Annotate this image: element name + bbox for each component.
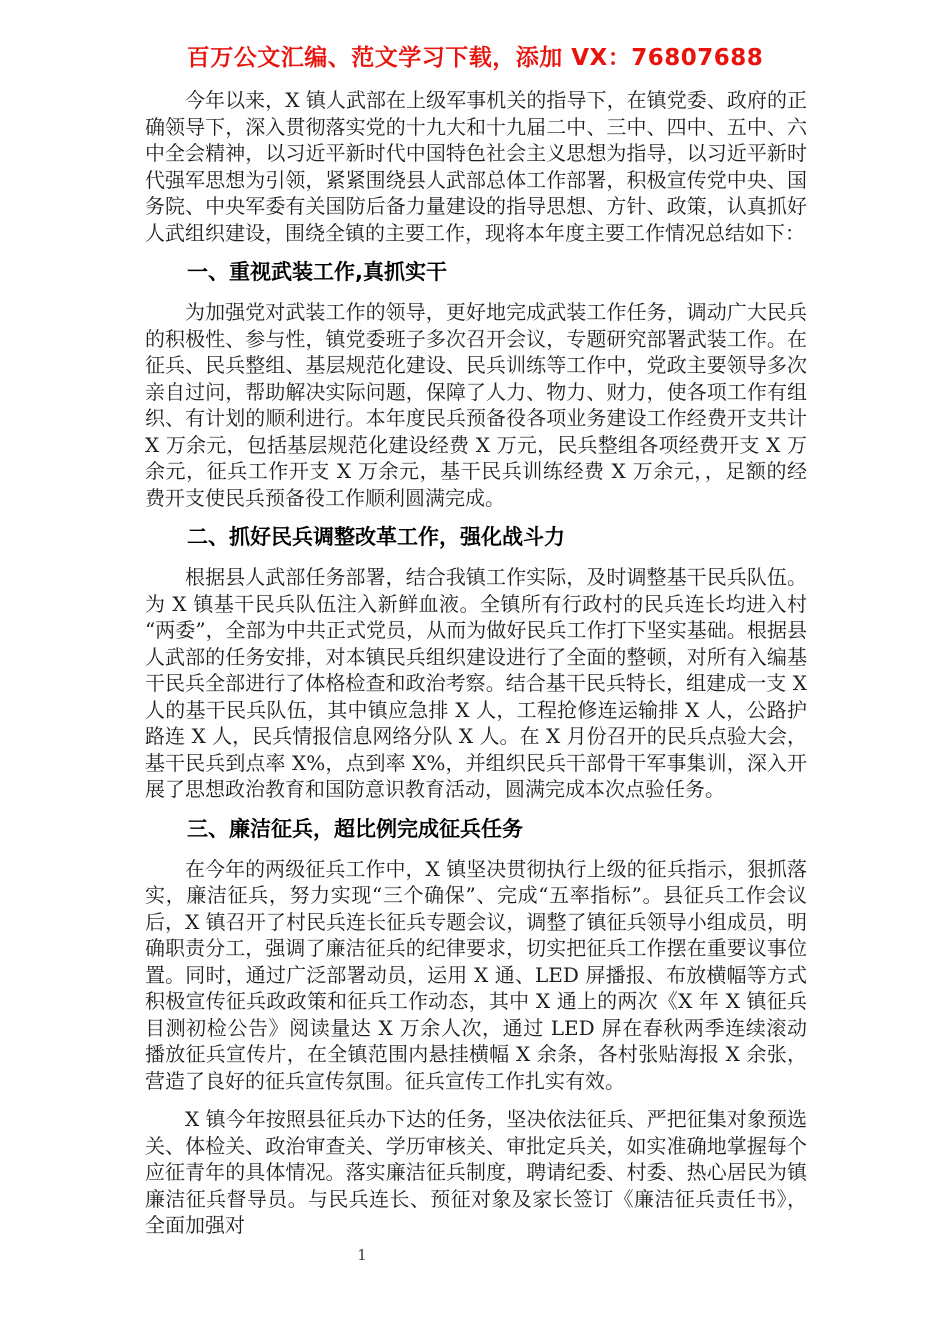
section-3-paragraph-1: 在今年的两级征兵工作中，X 镇坚决贯彻执行上级的征兵指示，狠抓落实，廉洁征兵，努… (145, 856, 807, 1095)
section-2-paragraph: 根据县人武部任务部署，结合我镇工作实际，及时调整基干民兵队伍。为 X 镇基干民兵… (145, 564, 807, 803)
document-body: 今年以来，X 镇人武部在上级军事机关的指导下，在镇党委、政府的正确领导下，深入贯… (145, 87, 807, 1251)
section-3-paragraph-2: X 镇今年按照县征兵办下达的任务，坚决依法征兵、严把征集对象预选关、体检关、政治… (145, 1106, 807, 1239)
page-number: 1 (352, 1246, 372, 1264)
section-heading-3: 三、廉洁征兵，超比例完成征兵任务 (145, 816, 807, 843)
section-heading-1: 一、重视武装工作,真抓实干 (145, 259, 807, 286)
intro-paragraph: 今年以来，X 镇人武部在上级军事机关的指导下，在镇党委、政府的正确领导下，深入贯… (145, 87, 807, 246)
section-heading-2: 二、抓好民兵调整改革工作，强化战斗力 (145, 524, 807, 551)
document-page: 百万公文汇编、范文学习下载，添加 VX：76807688 今年以来，X 镇人武部… (0, 0, 950, 1344)
section-1-paragraph: 为加强党对武装工作的领导，更好地完成武装工作任务，调动广大民兵的积极性、参与性，… (145, 299, 807, 511)
promo-banner: 百万公文汇编、范文学习下载，添加 VX：76807688 (0, 44, 950, 72)
